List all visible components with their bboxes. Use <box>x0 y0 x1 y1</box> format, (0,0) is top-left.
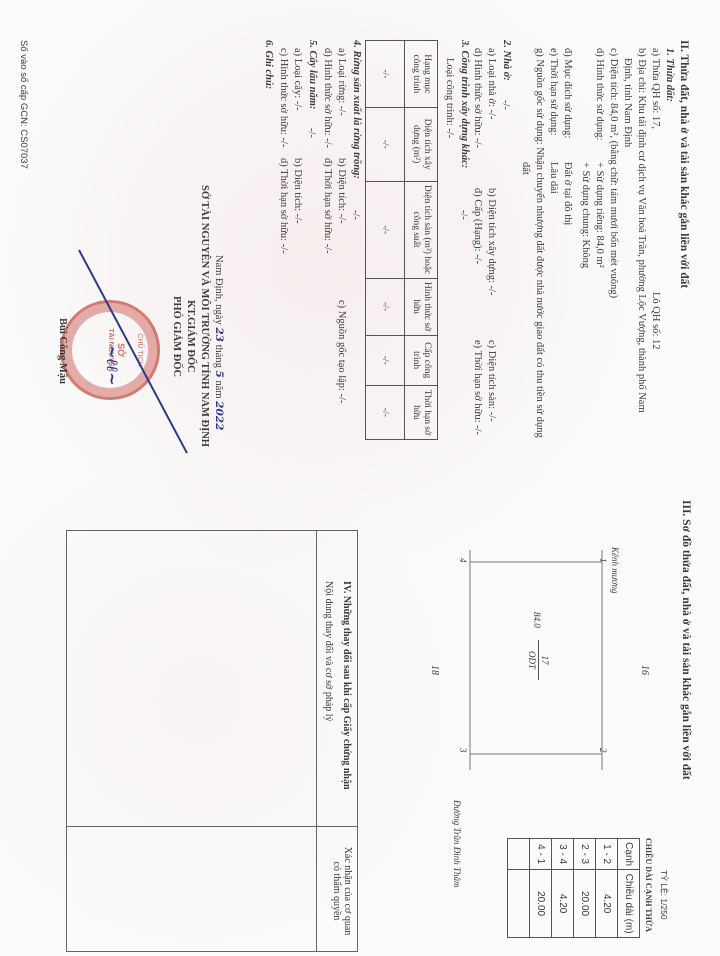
usage-purpose-value: Đất ở tại đô thị <box>561 162 574 225</box>
confirm-header-line-1: Xác nhận của cơ quan <box>342 836 353 946</box>
edge-table-cell <box>508 870 530 938</box>
parcel-label-area: 84.0 <box>532 612 542 628</box>
edge-table-cell: 2 - 3 <box>574 839 596 870</box>
changes-col-divider <box>67 826 357 827</box>
date-prefix: Nam Định, ngày <box>213 255 224 325</box>
usage-origin-line-2: đất <box>519 162 532 175</box>
usage-private: + Sử dụng riêng: 84,0 m² <box>593 162 606 268</box>
section-iii-title: III. Sơ đồ thửa đất, nhà ở và tài sản kh… <box>680 500 692 780</box>
construction-table-header-cell: Diện tích xây dựng (m²) <box>405 107 438 181</box>
on-behalf-title: KT.GIÁM ĐỐC <box>185 300 196 373</box>
construction-table-cell: -/- <box>366 385 405 439</box>
edge-table-row: 4 - 120.00 <box>530 839 552 938</box>
forest-type: a) Loại rừng: -/- <box>335 48 348 116</box>
house-build-area: b) Diện tích xây dựng: -/- <box>485 188 498 295</box>
construction-table-header-cell: Hạng mục công trình <box>405 41 438 108</box>
edge-table-row: 1 - 24.20 <box>596 839 618 938</box>
edge-table-cell: 3 - 4 <box>552 839 574 870</box>
house-heading: 2. Nhà ở: <box>501 40 512 81</box>
date-day: 23 <box>213 327 225 342</box>
month-label: tháng <box>213 345 224 368</box>
forest-ownership: d) Hình thức sở hữu: -/- <box>321 48 334 148</box>
lot-number: Lô QH số: 12 <box>649 292 662 349</box>
perennial-ownership: c) Hình thức sở hữu: -/- <box>277 48 290 147</box>
usage-origin-line-1: g) Nguồn gốc sử dụng: Nhận chuyển nhượng… <box>533 48 546 438</box>
confirm-header-line-2: có thẩm quyền <box>331 836 342 946</box>
edge-length-table: CạnhChiều dài (m) 1 - 24.202 - 320.003 -… <box>507 838 640 938</box>
edge-table-cell: 4.20 <box>552 870 574 938</box>
date-month: 5 <box>213 371 225 378</box>
edge-table-row: 3 - 44.20 <box>552 839 574 938</box>
edge-table-row <box>508 839 530 938</box>
parcel-number: a) Thửa QH số: 17, <box>649 48 662 129</box>
changes-col-confirm: Xác nhận của cơ quan có thẩm quyền <box>331 836 353 946</box>
section-ii-title: II. Thửa đất, nhà ở và tài sản khác gắn … <box>678 40 690 288</box>
issuing-agency: SỞ TÀI NGUYÊN VÀ MÔI TRƯỜNG TỈNH NAM ĐỊN… <box>199 185 210 447</box>
house-type: a) Loại nhà ở: -/- <box>485 48 498 119</box>
construction-table-header-cell: Thời hạn sở hữu <box>405 385 438 439</box>
notes-heading: 6. Ghi chú: <box>263 40 274 89</box>
construction-table-cell: -/- <box>366 181 405 278</box>
usage-form-label: d) Hình thức sử dụng: <box>593 48 606 140</box>
forest-term: đ) Thời hạn sở hữu: -/- <box>321 158 334 254</box>
edge-table-title: CHIỀU DÀI CẠNH THỬA <box>644 838 653 932</box>
edge-table-row: 2 - 320.00 <box>574 839 596 938</box>
parcel-label: 17 ODT <box>527 640 550 680</box>
construction-table-cell: -/- <box>366 335 405 385</box>
land-area: c) Diện tích: 84,0 m², (bằng chữ: tám mư… <box>607 48 620 298</box>
year-label: năm <box>213 380 224 398</box>
stamp-text-top: CHỦ TỊCH <box>136 303 143 397</box>
construction-table-header: Hạng mục công trìnhDiện tích xây dựng (m… <box>405 41 438 440</box>
land-heading: 1. Thửa đất: <box>664 48 675 102</box>
house-grade: đ) Cấp (Hạng): -/- <box>471 188 484 264</box>
parcel-label-number: 17 <box>540 640 550 680</box>
construction-table-header-cell: Diện tích sàn (m²) hoặc công suất <box>405 181 438 278</box>
section-iv-title: IV. Những thay đổi sau khi cấp Giấy chứn… <box>341 581 352 790</box>
usage-term-label: e) Thời hạn sử dụng: <box>547 48 560 135</box>
position-title: PHÓ GIÁM ĐỐC <box>171 296 182 377</box>
forest-heading-value: -/- <box>349 210 362 220</box>
edge-table-cell: 20.00 <box>530 870 552 938</box>
corner-4: 4 <box>458 558 468 563</box>
usage-purpose-label: đ) Mục đích sử dụng: <box>561 48 574 138</box>
house-heading-value: -/- <box>499 100 512 110</box>
usage-term-value: Lâu dài <box>547 162 560 194</box>
construction-heading-value: -/- <box>457 210 470 220</box>
perennial-term: d) Thời hạn sở hữu: -/- <box>277 158 290 254</box>
signer-name: Bùi Công Mậu <box>57 318 68 384</box>
usage-shared: + Sử dụng chung: Không <box>579 162 592 268</box>
edge-table-cell: 4.20 <box>596 870 618 938</box>
edge-table-cell: 20.00 <box>574 870 596 938</box>
edge-table-header: CạnhChiều dài (m) <box>618 839 640 938</box>
corner-1: 1 <box>598 558 608 563</box>
signature-scribble: ~ℓℓ~ <box>102 345 122 385</box>
perennial-type: a) Loại cây: -/- <box>291 48 304 111</box>
construction-table-cell: -/- <box>366 41 405 108</box>
construction-table-cell: -/- <box>366 278 405 335</box>
house-ownership: d) Hình thức sở hữu: -/- <box>471 48 484 148</box>
land-certificate-page: II. Thửa đất, nhà ở và tài sản khác gắn … <box>0 0 720 956</box>
scale-label: TỶ LỆ: 1/250 <box>657 870 670 920</box>
address-line-1: b) Địa chỉ: Khu tái định cư dịch vụ Văn … <box>635 48 648 413</box>
edge-table-cell <box>508 839 530 870</box>
construction-table-header-cell: Hình thức sở hữu <box>405 278 438 335</box>
perennial-heading: 5. Cây lâu năm: <box>307 40 318 109</box>
construction-type: Loại công trình: -/- <box>443 58 456 138</box>
changes-col-content: Nội dung thay đổi và cơ sở pháp lý <box>322 581 335 722</box>
changes-table: IV. Những thay đổi sau khi cấp Giấy chứn… <box>66 530 358 952</box>
forest-area: b) Diện tích: -/- <box>335 158 348 224</box>
neighbor-right: 16 <box>639 665 650 675</box>
diagram-bottom-label: Đường Trần Đình Thâm <box>452 800 462 887</box>
edge-table-header-cell: Chiều dài (m) <box>618 870 640 938</box>
construction-table-row: -/--/--/--/--/--/- <box>366 41 405 440</box>
construction-table: Hạng mục công trìnhDiện tích xây dựng (m… <box>365 40 438 440</box>
edge-table-cell: 1 - 2 <box>596 839 618 870</box>
corner-3: 3 <box>458 748 468 753</box>
address-line-2: Định, tỉnh Nam Định <box>621 58 634 147</box>
diagram-top-label: Kênh mương <box>610 547 620 593</box>
forest-heading: 4. Rừng sản xuất là rừng trồng: <box>351 40 362 179</box>
forest-origin: c) Nguồn gốc tạo lập: -/- <box>335 300 348 404</box>
perennial-heading-value: -/- <box>305 128 318 138</box>
construction-table-header-cell: Cấp công trình <box>405 335 438 385</box>
date-year: 2022 <box>213 401 225 430</box>
house-term: e) Thời hạn sở hữu: -/- <box>471 340 484 435</box>
construction-heading: 3. Công trình xây dựng khác: <box>459 40 470 168</box>
edge-table-header-cell: Cạnh <box>618 839 640 870</box>
house-floor-area: c) Diện tích sàn: -/- <box>485 340 498 422</box>
construction-table-cell: -/- <box>366 107 405 181</box>
parcel-label-type: ODT <box>527 640 537 680</box>
neighbor-left: 18 <box>429 665 440 675</box>
perennial-area: b) Diện tích: -/- <box>291 158 304 224</box>
registry-number: Số vào sổ cấp GCN: CS07037 <box>17 40 30 169</box>
edge-table-cell: 4 - 1 <box>530 839 552 870</box>
signature-date: Nam Định, ngày 23 tháng 5 năm 2022 <box>212 255 225 430</box>
corner-2: 2 <box>598 748 608 753</box>
